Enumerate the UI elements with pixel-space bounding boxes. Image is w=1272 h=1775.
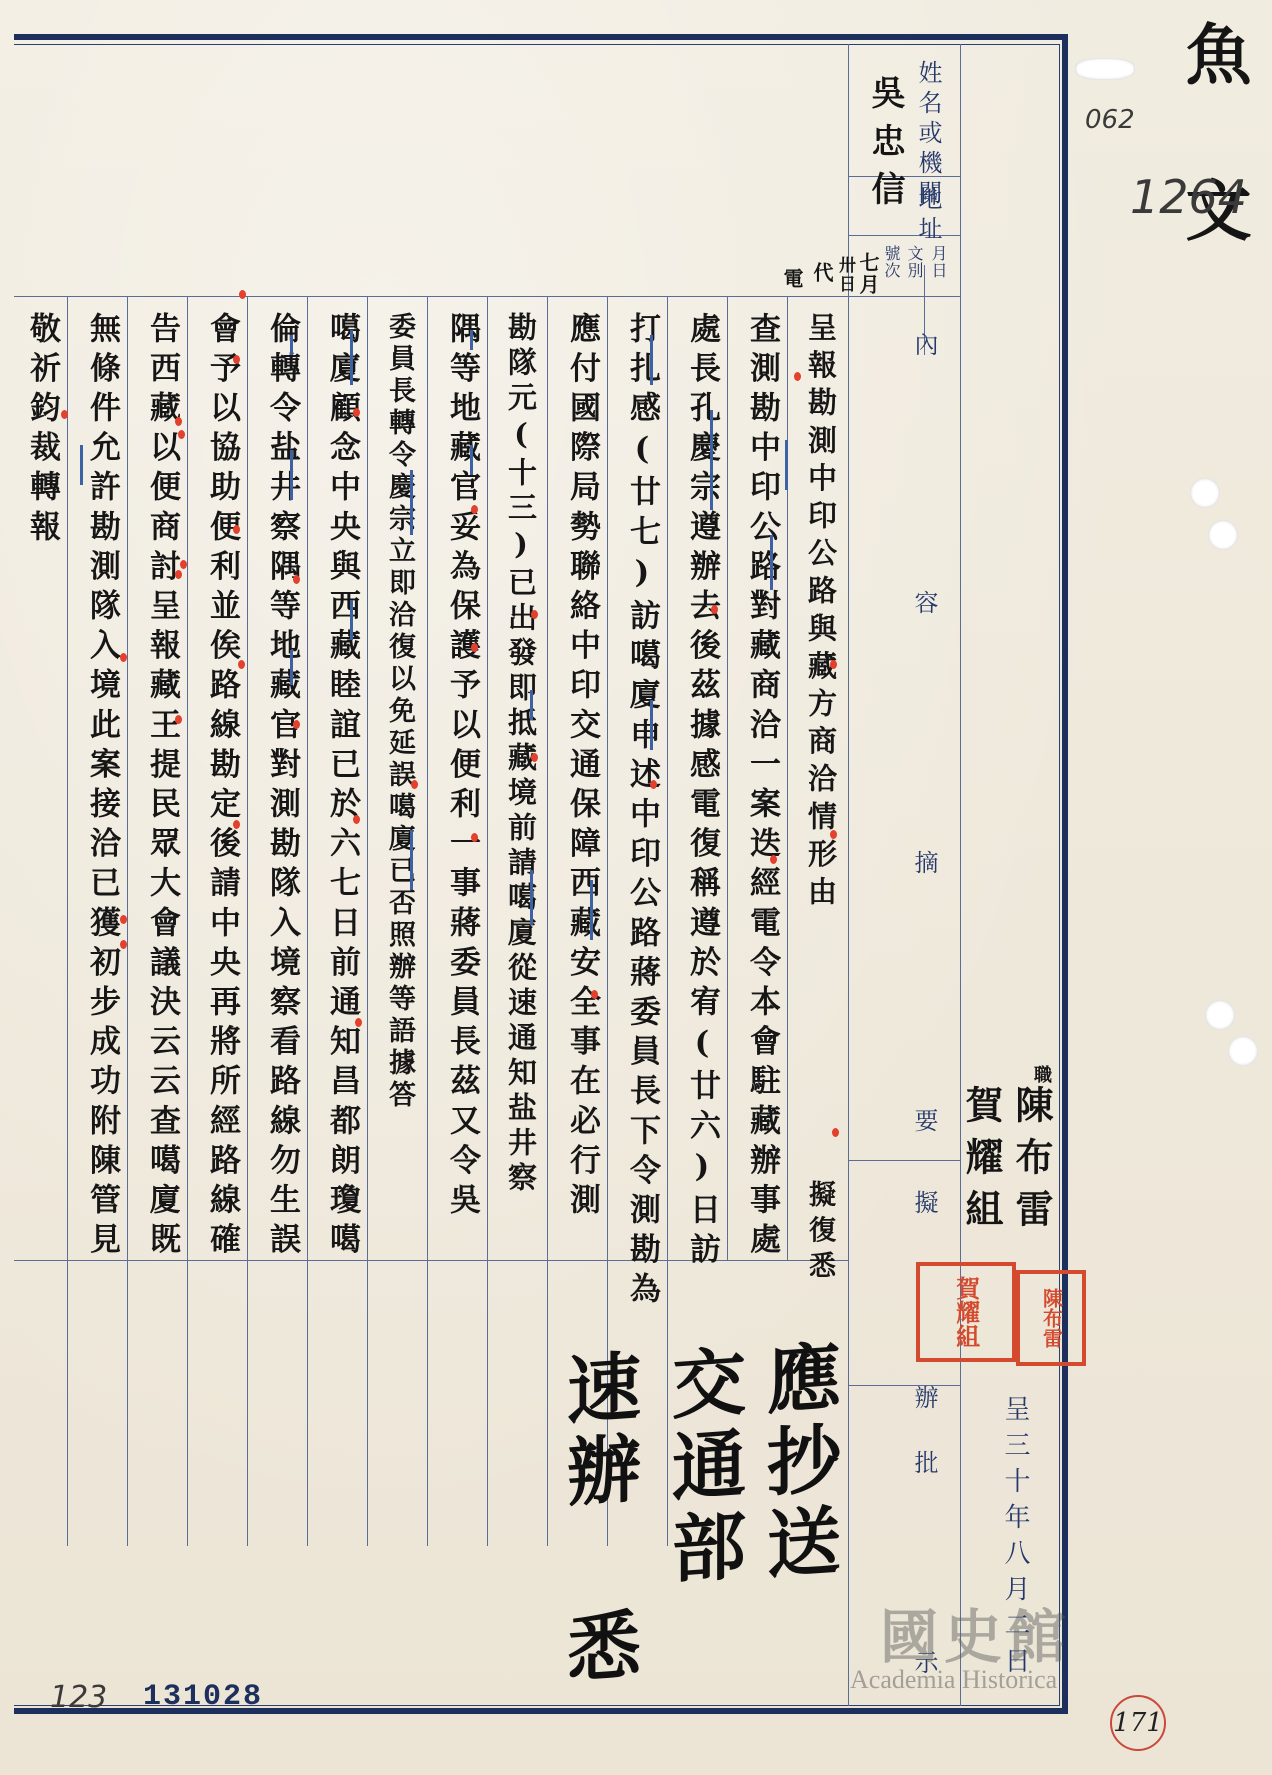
red-punctuation (832, 1128, 839, 1137)
doc-type-1: 代 (812, 262, 832, 284)
red-punctuation (471, 643, 478, 652)
body-column-3: 打扎感(廿七)訪噶廈申述中印公路蔣委員長下令測勘為 (626, 312, 657, 1312)
label-doc-type: 文別 (906, 245, 922, 279)
red-punctuation (120, 653, 127, 662)
red-punctuation (471, 833, 478, 842)
emphasis-bar (350, 330, 353, 385)
red-punctuation (120, 915, 127, 924)
red-punctuation (233, 820, 240, 829)
body-column-8: 噶廈顧念中央與西藏睦誼已於六七日前通知昌都朗瓊噶 (326, 312, 357, 1262)
red-punctuation (770, 855, 777, 864)
emphasis-bar (470, 445, 473, 475)
emphasis-bar (290, 335, 293, 355)
label-content-2: 容 (912, 590, 936, 620)
column-rule (487, 296, 488, 1546)
emphasis-bar (590, 880, 593, 940)
pencil-note-062: 062 (1085, 105, 1135, 135)
emphasis-bar (770, 535, 773, 590)
pencil-note-123: 123 (50, 1680, 107, 1715)
watermark-en: Academia Historica (850, 1665, 1057, 1695)
row-divider (848, 296, 960, 297)
red-punctuation (471, 505, 478, 514)
emphasis-bar (350, 600, 353, 640)
body-bottom-rule (14, 1260, 848, 1261)
label-content-1: 內 (912, 332, 936, 362)
body-column-1: 查測勘中印公路對藏商洽一案迭經電令本會駐藏辦事處 (746, 312, 777, 1262)
emphasis-bar (410, 470, 413, 535)
red-punctuation (178, 430, 185, 439)
instruction-line-3: 速辦 悉 (545, 1346, 651, 1693)
instruction-line-2: 交通部 (650, 1341, 756, 1594)
column-rule (187, 296, 188, 1546)
red-punctuation (794, 372, 801, 381)
column-rule (67, 296, 68, 1546)
subject-line: 呈報勘測中印公路與藏方商洽情形由 (806, 312, 835, 914)
column-rule (307, 296, 308, 1546)
red-punctuation (293, 575, 300, 584)
red-punctuation (830, 660, 837, 669)
red-punctuation (238, 660, 245, 669)
column-rule (727, 296, 728, 1260)
label-content-4: 要 (912, 1108, 936, 1138)
emphasis-bar (650, 700, 653, 750)
punch-hole (1205, 1000, 1235, 1030)
paper-tear (1075, 58, 1135, 80)
red-punctuation (830, 830, 837, 839)
red-punctuation (175, 417, 182, 426)
body-column-10: 會予以協助便利並俟路線勘定後請中央再將所經路線確 (206, 312, 237, 1262)
watermark-cn: 國史館 (880, 1590, 1072, 1674)
body-top-rule (14, 296, 848, 297)
red-punctuation (239, 290, 246, 299)
red-punctuation (591, 990, 598, 999)
row-divider (848, 235, 960, 236)
body-column-12: 無條件允許勘測隊入境此案接洽已獲初步成功附陳管見 (86, 312, 117, 1262)
red-punctuation (233, 355, 240, 364)
emphasis-bar (530, 690, 533, 720)
row-divider (848, 1385, 960, 1386)
emphasis-bar (530, 870, 533, 925)
red-punctuation (293, 720, 300, 729)
red-punctuation (175, 570, 182, 579)
red-punctuation (411, 780, 418, 789)
emphasis-bar (650, 335, 653, 385)
label-content-3: 摘 (912, 850, 936, 880)
punch-hole (1228, 1036, 1258, 1066)
seal-chen-bulei: 陳布雷 (1016, 1270, 1086, 1366)
seal-he-yaozu: 賀耀組 (916, 1262, 1016, 1362)
body-column-7: 委員長轉令慶宗立即洽復以免延誤噶廈已否照辦等語據答 (386, 312, 413, 1112)
instruction-line-1: 應抄送 (745, 1336, 851, 1589)
red-punctuation (61, 410, 68, 419)
emphasis-bar (785, 440, 788, 490)
column-rule (367, 296, 368, 1546)
red-punctuation (120, 940, 127, 949)
document-paper: 姓名或機關 地址 月日 文別 號次 內 容 摘 要 擬 辦 批 示 吳忠信 七月… (0, 0, 1272, 1775)
label-address: 地址 (916, 186, 940, 246)
emphasis-bar (290, 450, 293, 500)
column-rule (127, 296, 128, 1546)
sender-name: 吳忠信 (868, 75, 902, 219)
doc-type-2: 電 (782, 268, 802, 290)
sender-day: 卅日 (836, 256, 853, 294)
red-punctuation (531, 610, 538, 619)
emphasis-bar (410, 830, 413, 890)
header-divider (960, 44, 961, 1706)
red-punctuation (353, 408, 360, 417)
signatory-name-1: 陳布雷 (1012, 1085, 1050, 1241)
red-punctuation (180, 560, 187, 569)
body-column-11: 告西藏以便商討呈報藏王提民眾大會議決云云查噶廈既 (146, 312, 177, 1262)
red-punctuation (175, 715, 182, 724)
emphasis-bar (710, 410, 713, 510)
column-rule (247, 296, 248, 1546)
proposed-action: 擬復悉 (806, 1180, 833, 1287)
red-punctuation (355, 1018, 362, 1027)
emphasis-bar (290, 650, 293, 685)
punch-hole (1208, 520, 1238, 550)
red-punctuation (650, 780, 657, 789)
red-punctuation (531, 753, 538, 762)
body-column-4: 應付國際局勢聯絡中印交通保障西藏安全事在必行測 (566, 312, 597, 1223)
label-proposed: 擬 (912, 1190, 936, 1220)
red-punctuation (353, 815, 360, 824)
emphasis-bar (80, 445, 83, 485)
red-punctuation (711, 605, 718, 614)
page-number-circle: 171 (1110, 1695, 1166, 1751)
row-divider (848, 1160, 960, 1161)
body-column-13: 敬祈鈞裁轉報 (26, 312, 57, 550)
red-punctuation (233, 525, 240, 534)
pencil-number: 1264 (1130, 170, 1247, 224)
sender-month: 七月 (858, 252, 878, 296)
punch-hole (1190, 478, 1220, 508)
emphasis-bar (470, 330, 473, 350)
column-rule (427, 296, 428, 1546)
label-approval-1: 辦 (912, 1385, 936, 1415)
label-approval-2: 批 (912, 1450, 936, 1480)
serial-stamp: 131028 (143, 1680, 263, 1714)
label-date: 月日 (930, 245, 946, 279)
signatory-name-2: 賀耀組 (962, 1085, 1000, 1241)
label-number: 號次 (883, 245, 899, 279)
